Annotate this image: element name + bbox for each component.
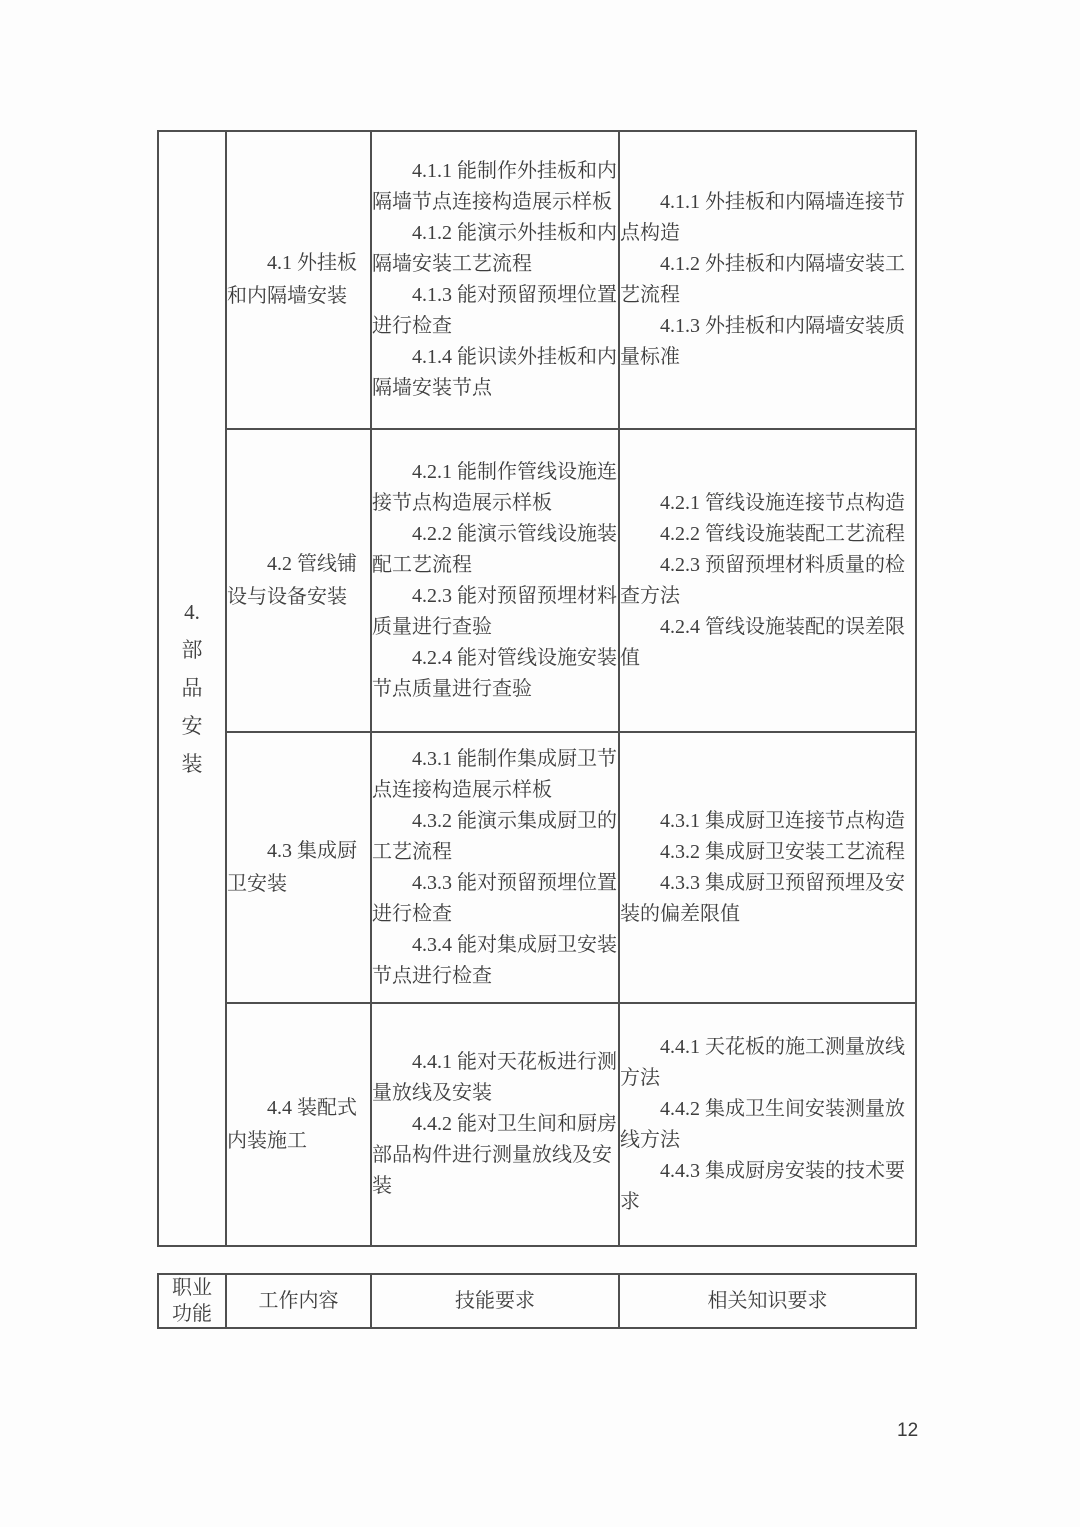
function-label-segment: 安 xyxy=(182,715,203,738)
function-label: 4. 部 品 安 装 xyxy=(159,601,225,776)
knowledge-item: 4.2.3 预留预埋材料质量的检查方法 xyxy=(620,550,915,612)
skill-item: 4.2.4 能对管线设施安装节点质量进行查验 xyxy=(372,643,618,705)
header-knowledge-requirements: 相关知识要求 xyxy=(619,1274,916,1328)
work-content-text: 4.4 装配式内装施工 xyxy=(227,1092,370,1158)
skill-item: 4.2.2 能演示管线设施装配工艺流程 xyxy=(372,519,618,581)
knowledge-requirements-cell: 4.3.1 集成厨卫连接节点构造 4.3.2 集成厨卫安装工艺流程 4.3.3 … xyxy=(619,732,916,1003)
skill-requirements-cell: 4.1.1 能制作外挂板和内隔墙节点连接构造展示样板 4.1.2 能演示外挂板和… xyxy=(371,131,619,429)
knowledge-requirements-cell: 4.1.1 外挂板和内隔墙连接节点构造 4.1.2 外挂板和内隔墙安装工艺流程 … xyxy=(619,131,916,429)
work-content-text: 4.2 管线铺设与设备安装 xyxy=(227,548,370,614)
skill-requirements-cell: 4.3.1 能制作集成厨卫节点连接构造展示样板 4.3.2 能演示集成厨卫的工艺… xyxy=(371,732,619,1003)
knowledge-item: 4.4.2 集成卫生间安装测量放线方法 xyxy=(620,1094,915,1156)
function-label-segment: 4. xyxy=(184,601,200,624)
knowledge-requirements-cell: 4.4.1 天花板的施工测量放线方法 4.4.2 集成卫生间安装测量放线方法 4… xyxy=(619,1003,916,1246)
knowledge-item: 4.3.1 集成厨卫连接节点构造 xyxy=(620,806,915,837)
knowledge-item: 4.4.1 天花板的施工测量放线方法 xyxy=(620,1032,915,1094)
skill-item: 4.2.3 能对预留预埋材料质量进行查验 xyxy=(372,581,618,643)
header-occupational-function: 职业功能 xyxy=(158,1274,226,1328)
header-row: 职业功能 工作内容 技能要求 相关知识要求 xyxy=(158,1274,916,1328)
function-label-segment: 部 xyxy=(182,639,203,662)
table-row: 4.2 管线铺设与设备安装 4.2.1 能制作管线设施连接节点构造展示样板 4.… xyxy=(158,429,916,732)
skill-item: 4.1.3 能对预留预埋位置进行检查 xyxy=(372,280,618,342)
knowledge-item: 4.1.3 外挂板和内隔墙安装质量标准 xyxy=(620,311,915,373)
table-row: 4.4 装配式内装施工 4.4.1 能对天花板进行测量放线及安装 4.4.2 能… xyxy=(158,1003,916,1246)
skill-item: 4.3.2 能演示集成厨卫的工艺流程 xyxy=(372,806,618,868)
knowledge-item: 4.4.3 集成厨房安装的技术要求 xyxy=(620,1156,915,1218)
header-skill-requirements: 技能要求 xyxy=(371,1274,619,1328)
work-content-cell: 4.4 装配式内装施工 xyxy=(226,1003,371,1246)
skill-requirements-cell: 4.2.1 能制作管线设施连接节点构造展示样板 4.2.2 能演示管线设施装配工… xyxy=(371,429,619,732)
table-row: 4.3 集成厨卫安装 4.3.1 能制作集成厨卫节点连接构造展示样板 4.3.2… xyxy=(158,732,916,1003)
skill-item: 4.1.2 能演示外挂板和内隔墙安装工艺流程 xyxy=(372,218,618,280)
table-row: 4. 部 品 安 装 4.1 外挂板和内隔墙安装 4.1.1 能制作外挂板和内隔… xyxy=(158,131,916,429)
skill-item: 4.1.1 能制作外挂板和内隔墙节点连接构造展示样板 xyxy=(372,156,618,218)
work-content-text: 4.1 外挂板和内隔墙安装 xyxy=(227,247,370,313)
knowledge-requirements-cell: 4.2.1 管线设施连接节点构造 4.2.2 管线设施装配工艺流程 4.2.3 … xyxy=(619,429,916,732)
skill-item: 4.1.4 能识读外挂板和内隔墙安装节点 xyxy=(372,342,618,404)
work-content-cell: 4.2 管线铺设与设备安装 xyxy=(226,429,371,732)
function-label-segment: 装 xyxy=(182,753,203,776)
function-label-segment: 品 xyxy=(182,677,203,700)
occupational-standard-table: 4. 部 品 安 装 4.1 外挂板和内隔墙安装 4.1.1 能制作外挂板和内隔… xyxy=(157,130,917,1247)
skill-item: 4.3.4 能对集成厨卫安装节点进行检查 xyxy=(372,930,618,992)
function-cell: 4. 部 品 安 装 xyxy=(158,131,226,1246)
work-content-text: 4.3 集成厨卫安装 xyxy=(227,835,370,901)
column-header-row: 职业功能 工作内容 技能要求 相关知识要求 xyxy=(157,1273,917,1329)
skill-requirements-cell: 4.4.1 能对天花板进行测量放线及安装 4.4.2 能对卫生间和厨房部品构件进… xyxy=(371,1003,619,1246)
document-page: 4. 部 品 安 装 4.1 外挂板和内隔墙安装 4.1.1 能制作外挂板和内隔… xyxy=(0,0,1080,1527)
work-content-cell: 4.1 外挂板和内隔墙安装 xyxy=(226,131,371,429)
knowledge-item: 4.3.3 集成厨卫预留预埋及安装的偏差限值 xyxy=(620,868,915,930)
knowledge-item: 4.2.4 管线设施装配的误差限值 xyxy=(620,612,915,674)
header-work-content: 工作内容 xyxy=(226,1274,371,1328)
skill-item: 4.3.3 能对预留预埋位置进行检查 xyxy=(372,868,618,930)
skill-item: 4.4.2 能对卫生间和厨房部品构件进行测量放线及安装 xyxy=(372,1109,618,1202)
work-content-cell: 4.3 集成厨卫安装 xyxy=(226,732,371,1003)
knowledge-item: 4.1.2 外挂板和内隔墙安装工艺流程 xyxy=(620,249,915,311)
knowledge-item: 4.1.1 外挂板和内隔墙连接节点构造 xyxy=(620,187,915,249)
knowledge-item: 4.2.1 管线设施连接节点构造 xyxy=(620,488,915,519)
knowledge-item: 4.2.2 管线设施装配工艺流程 xyxy=(620,519,915,550)
skill-item: 4.4.1 能对天花板进行测量放线及安装 xyxy=(372,1047,618,1109)
knowledge-item: 4.3.2 集成厨卫安装工艺流程 xyxy=(620,837,915,868)
skill-item: 4.2.1 能制作管线设施连接节点构造展示样板 xyxy=(372,457,618,519)
page-number: 12 xyxy=(897,1420,918,1442)
skill-item: 4.3.1 能制作集成厨卫节点连接构造展示样板 xyxy=(372,744,618,806)
